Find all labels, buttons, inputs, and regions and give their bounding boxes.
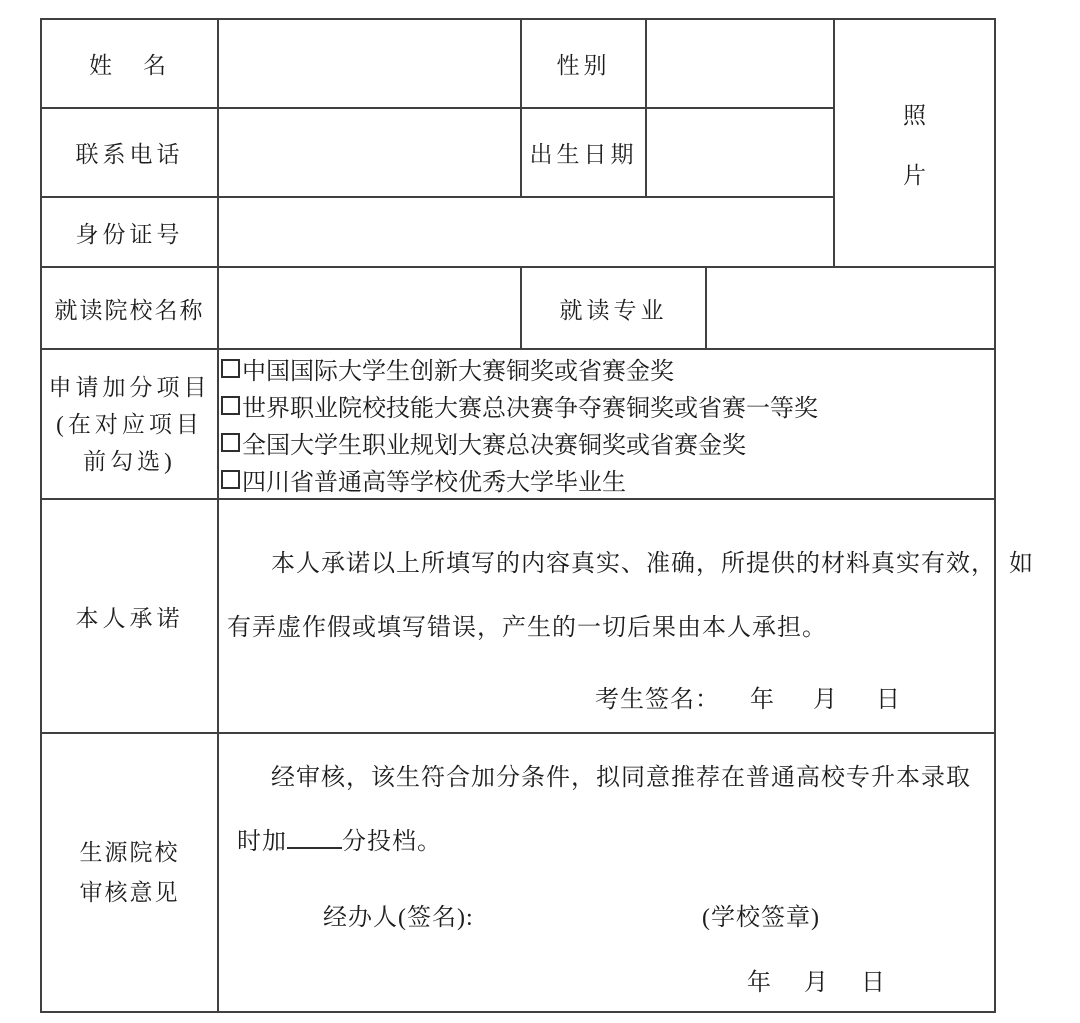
bonus-option-label: 中国国际大学生创新大赛铜奖或省赛金奖 <box>242 351 674 386</box>
photo-cell[interactable]: 照 片 <box>834 19 995 267</box>
promise-label: 本人承诺 <box>76 606 184 631</box>
bonus-option-4: 四川省普通高等学校优秀大学毕业生 <box>219 461 994 498</box>
promise-label-cell: 本人承诺 <box>41 499 218 733</box>
day-label: 日 <box>861 970 886 996</box>
checkbox-icon[interactable] <box>221 470 240 489</box>
major-label: 就读专业 <box>560 298 668 323</box>
checkbox-icon[interactable] <box>221 433 240 452</box>
school-value-cell[interactable] <box>218 267 521 349</box>
review-date-line: 年月日 <box>747 962 886 997</box>
school-label-cell: 就读院校名称 <box>41 267 218 349</box>
handler-signature-label: 经办人(签名): <box>323 897 474 932</box>
review-content: 经审核，该生符合加分条件，拟同意推荐在普通高校专升本录取 时加分投档。 经办人(… <box>219 735 994 1010</box>
photo-label-char-2: 片 <box>903 157 926 190</box>
gender-label: 性别 <box>557 53 611 78</box>
bonus-label-line-1: 申请加分项目 <box>42 369 217 406</box>
review-text-line-1: 经审核，该生符合加分条件，拟同意推荐在普通高校专升本录取 <box>271 757 971 792</box>
name-value-cell[interactable] <box>218 19 521 108</box>
bonus-option-label: 全国大学生职业规划大赛总决赛铜奖或省赛金奖 <box>242 425 746 460</box>
review-label-line-1: 生源院校 <box>42 833 217 873</box>
review-label-cell: 生源院校 审核意见 <box>41 733 218 1012</box>
promise-text-line-2: 有弄虚作假或填写错误，产生的一切后果由本人承担。 <box>227 607 827 642</box>
bonus-option-label: 四川省普通高等学校优秀大学毕业生 <box>242 462 626 497</box>
bonus-label-line-2: (在对应项目 <box>42 406 217 443</box>
review-line2-suffix: 分投档。 <box>342 829 442 855</box>
review-content-cell: 经审核，该生符合加分条件，拟同意推荐在普通高校专升本录取 时加分投档。 经办人(… <box>218 733 995 1012</box>
review-line2-prefix: 时加 <box>237 829 287 855</box>
bonus-option-2: 世界职业院校技能大赛总决赛争夺赛铜奖或省赛一等奖 <box>219 387 994 424</box>
gender-label-cell: 性别 <box>521 19 646 108</box>
major-label-cell: 就读专业 <box>521 267 706 349</box>
name-label: 姓 名 <box>89 53 170 78</box>
month-label: 月 <box>804 970 829 996</box>
review-label-line-2: 审核意见 <box>42 873 217 913</box>
photo-label-char-1: 照 <box>903 97 926 130</box>
promise-sign-line: 考生签名：年月日 <box>595 679 901 714</box>
form-table: 姓 名 性别 照 片 联系电话 出生日期 <box>40 18 996 1013</box>
id-label: 身份证号 <box>76 222 184 247</box>
promise-content-cell: 本人承诺以上所填写的内容真实、准确，所提供的材料真实有效， 如 有弄虚作假或填写… <box>218 499 995 733</box>
review-text-line-2: 时加分投档。 <box>237 821 442 856</box>
photo-label: 照 片 <box>835 97 994 190</box>
year-label: 年 <box>750 687 775 713</box>
bonus-label-cell: 申请加分项目 (在对应项目 前勾选) <box>41 349 218 499</box>
month-label: 月 <box>813 687 838 713</box>
day-label: 日 <box>876 687 901 713</box>
score-blank-field[interactable] <box>287 825 342 849</box>
birth-value-cell[interactable] <box>646 108 834 197</box>
promise-text-line-1: 本人承诺以上所填写的内容真实、准确，所提供的材料真实有效， 如 <box>271 543 1034 578</box>
bonus-option-3: 全国大学生职业规划大赛总决赛铜奖或省赛金奖 <box>219 424 994 461</box>
phone-label-cell: 联系电话 <box>41 108 218 197</box>
name-label-cell: 姓 名 <box>41 19 218 108</box>
bonus-options-cell: 中国国际大学生创新大赛铜奖或省赛金奖 世界职业院校技能大赛总决赛争夺赛铜奖或省赛… <box>218 349 995 499</box>
phone-value-cell[interactable] <box>218 108 521 197</box>
birth-label-cell: 出生日期 <box>521 108 646 197</box>
id-value-cell[interactable] <box>218 197 834 267</box>
checkbox-icon[interactable] <box>221 359 240 378</box>
bonus-label-line-3: 前勾选) <box>42 443 217 480</box>
bonus-option-label: 世界职业院校技能大赛总决赛争夺赛铜奖或省赛一等奖 <box>242 388 818 423</box>
candidate-signature-label: 考生签名： <box>595 687 720 713</box>
application-form-page: 姓 名 性别 照 片 联系电话 出生日期 <box>0 0 1080 1023</box>
birth-label: 出生日期 <box>530 142 638 167</box>
school-label: 就读院校名称 <box>55 298 205 323</box>
school-seal-label: (学校签章) <box>702 897 820 932</box>
checkbox-icon[interactable] <box>221 396 240 415</box>
bonus-option-1: 中国国际大学生创新大赛铜奖或省赛金奖 <box>219 350 994 387</box>
gender-value-cell[interactable] <box>646 19 834 108</box>
year-label: 年 <box>747 970 772 996</box>
major-value-cell[interactable] <box>706 267 995 349</box>
id-label-cell: 身份证号 <box>41 197 218 267</box>
promise-content: 本人承诺以上所填写的内容真实、准确，所提供的材料真实有效， 如 有弄虚作假或填写… <box>219 501 994 731</box>
phone-label: 联系电话 <box>76 142 184 167</box>
